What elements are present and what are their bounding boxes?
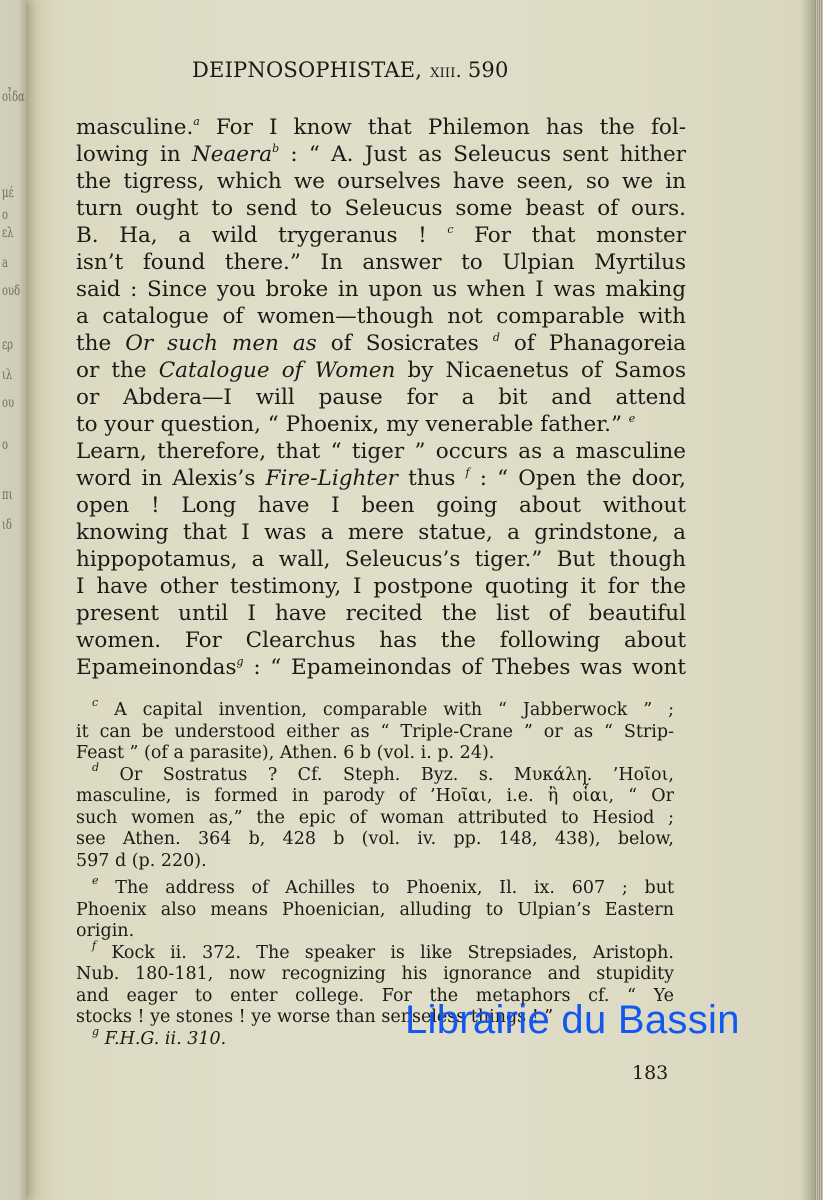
- text-line: hippopotamus, a wall, Seleucus’s tiger.”…: [76, 546, 686, 573]
- footnote-mark: e: [92, 874, 99, 887]
- text-line: women. For Clearchus has the following a…: [76, 627, 686, 654]
- footnote-ref[interactable]: d: [493, 331, 500, 344]
- text-line: or Abdera—I will pause for a bit and att…: [76, 384, 686, 411]
- footnote-ref[interactable]: e: [629, 412, 636, 425]
- text-line: to your question, “ Phoenix, my venerabl…: [76, 411, 686, 438]
- text-line: Learn, therefore, that “ tiger ” occurs …: [76, 438, 686, 465]
- seller-watermark: Librairie du Bassin: [405, 998, 740, 1043]
- running-head-book: xiii.: [430, 60, 462, 82]
- text-line: the tigress, which we ourselves have see…: [76, 168, 686, 195]
- text-line: I have other testimony, I postpone quoti…: [76, 573, 686, 600]
- page-number: 183: [632, 1062, 668, 1084]
- text-line: B. Ha, a wild trygeranus ! c For that mo…: [76, 222, 686, 249]
- footnote-e: e The address of Achilles to Phoenix, Il…: [76, 878, 674, 943]
- footnote-mark: g: [92, 1025, 99, 1038]
- running-head-section: 590: [468, 58, 509, 82]
- footnote-d: d Or Sostratus ? Cf. Steph. Byz. s. Μυκά…: [76, 765, 674, 873]
- text-line: open ! Long have I been going about with…: [76, 492, 686, 519]
- text-line: Epameinondasg : “ Epameinondas of Thebes…: [76, 654, 686, 681]
- text-line: present until I have recited the list of…: [76, 600, 686, 627]
- text-line: or the Catalogue of Women by Nicaenetus …: [76, 357, 686, 384]
- running-head-title: DEIPNOSOPHISTAE,: [192, 58, 422, 82]
- text-line: word in Alexis’s Fire-Lighter thus f : “…: [76, 465, 686, 492]
- footnote-ref[interactable]: g: [237, 655, 244, 668]
- text-line: knowing that I was a mere statue, a grin…: [76, 519, 686, 546]
- running-head: DEIPNOSOPHISTAE,xiii.590: [192, 58, 592, 82]
- text-line: the Or such men as of Sosicrates d of Ph…: [76, 330, 686, 357]
- book-page: DEIPNOSOPHISTAE,xiii.590 masculine.a For…: [0, 0, 823, 1200]
- text-line: masculine.a For I know that Philemon has…: [76, 114, 686, 141]
- text-line: said : Since you broke in upon us when I…: [76, 276, 686, 303]
- footnote-mark: c: [92, 696, 98, 709]
- main-text: masculine.a For I know that Philemon has…: [76, 114, 686, 681]
- text-line: a catalogue of women—though not comparab…: [76, 303, 686, 330]
- text-line: lowing in Neaerab : “ A. Just as Seleucu…: [76, 141, 686, 168]
- text-line: isn’t found there.” In answer to Ulpian …: [76, 249, 686, 276]
- footnote-mark: f: [92, 939, 96, 952]
- text-line: turn ought to send to Seleucus some beas…: [76, 195, 686, 222]
- footnote-mark: d: [92, 761, 99, 774]
- footnote-c: c A capital invention, comparable with “…: [76, 700, 674, 765]
